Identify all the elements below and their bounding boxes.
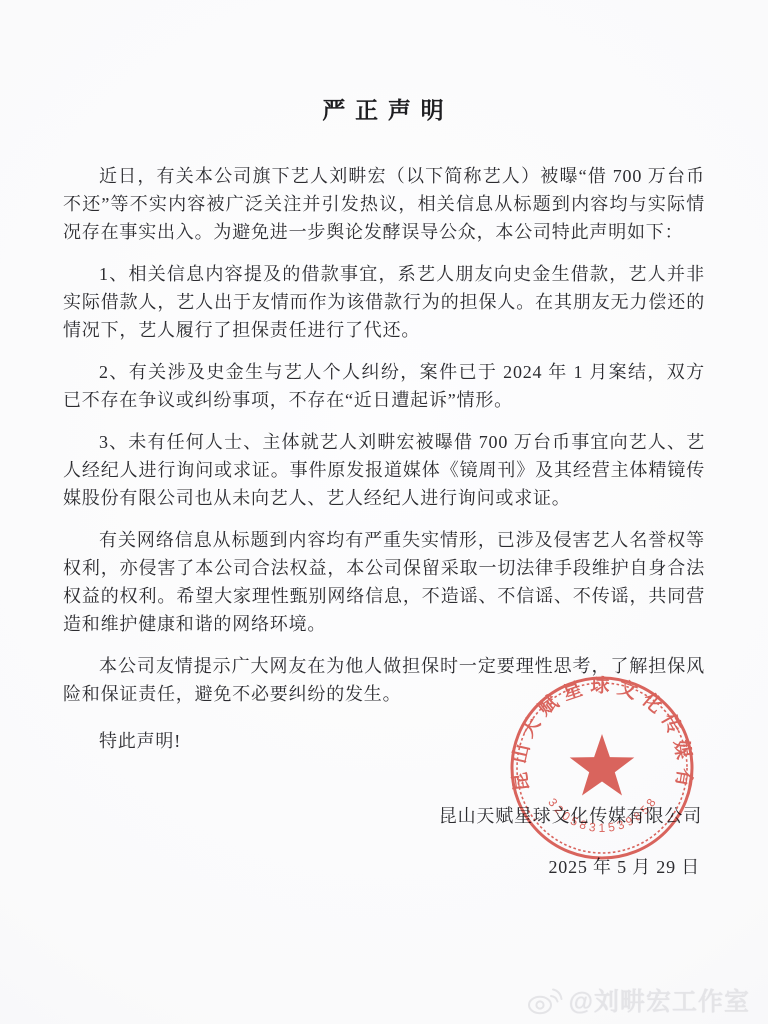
intro-paragraph: 近日，有关本公司旗下艺人刘畊宏（以下简称艺人）被曝“借 700 万台币不还”等不… [63,162,705,246]
signature-block: 昆山天赋星球文化传媒有限公司 2025 年 5 月 29 日 [63,802,705,879]
page-title: 严 正 声 明 [63,96,705,126]
rights-paragraph: 有关网络信息从标题到内容均有严重失实情形，已涉及侵害艺人名誉权等权利，亦侵害了本… [63,526,705,638]
watermark: @刘畊宏工作室 [527,982,750,1018]
point-1-paragraph: 1、相关信息内容提及的借款事宜，系艺人朋友向史金生借款，艺人并非实际借款人，艺人… [63,260,705,344]
point-3-paragraph: 3、未有任何人士、主体就艺人刘畊宏被曝借 700 万台币事宜向艺人、艺人经纪人进… [63,428,705,512]
statement-body: 近日，有关本公司旗下艺人刘畊宏（以下简称艺人）被曝“借 700 万台币不还”等不… [63,162,705,755]
document-content: 严 正 声 明 近日，有关本公司旗下艺人刘畊宏（以下简称艺人）被曝“借 700 … [63,0,705,879]
weibo-icon [527,985,563,1015]
point-2-paragraph: 2、有关涉及史金生与艺人个人纠纷，案件已于 2024 年 1 月案结，双方已不存… [63,358,705,414]
signature-date: 2025 年 5 月 29 日 [63,853,705,879]
statement-document: 严 正 声 明 近日，有关本公司旗下艺人刘畊宏（以下简称艺人）被曝“借 700 … [0,0,768,1024]
closing-line: 特此声明! [63,727,705,755]
watermark-handle: @刘畊宏工作室 [569,982,750,1018]
advice-paragraph: 本公司友情提示广大网友在为他人做担保时一定要理性思考，了解担保风险和保证责任，避… [63,652,705,708]
signature-company: 昆山天赋星球文化传媒有限公司 [63,802,705,828]
